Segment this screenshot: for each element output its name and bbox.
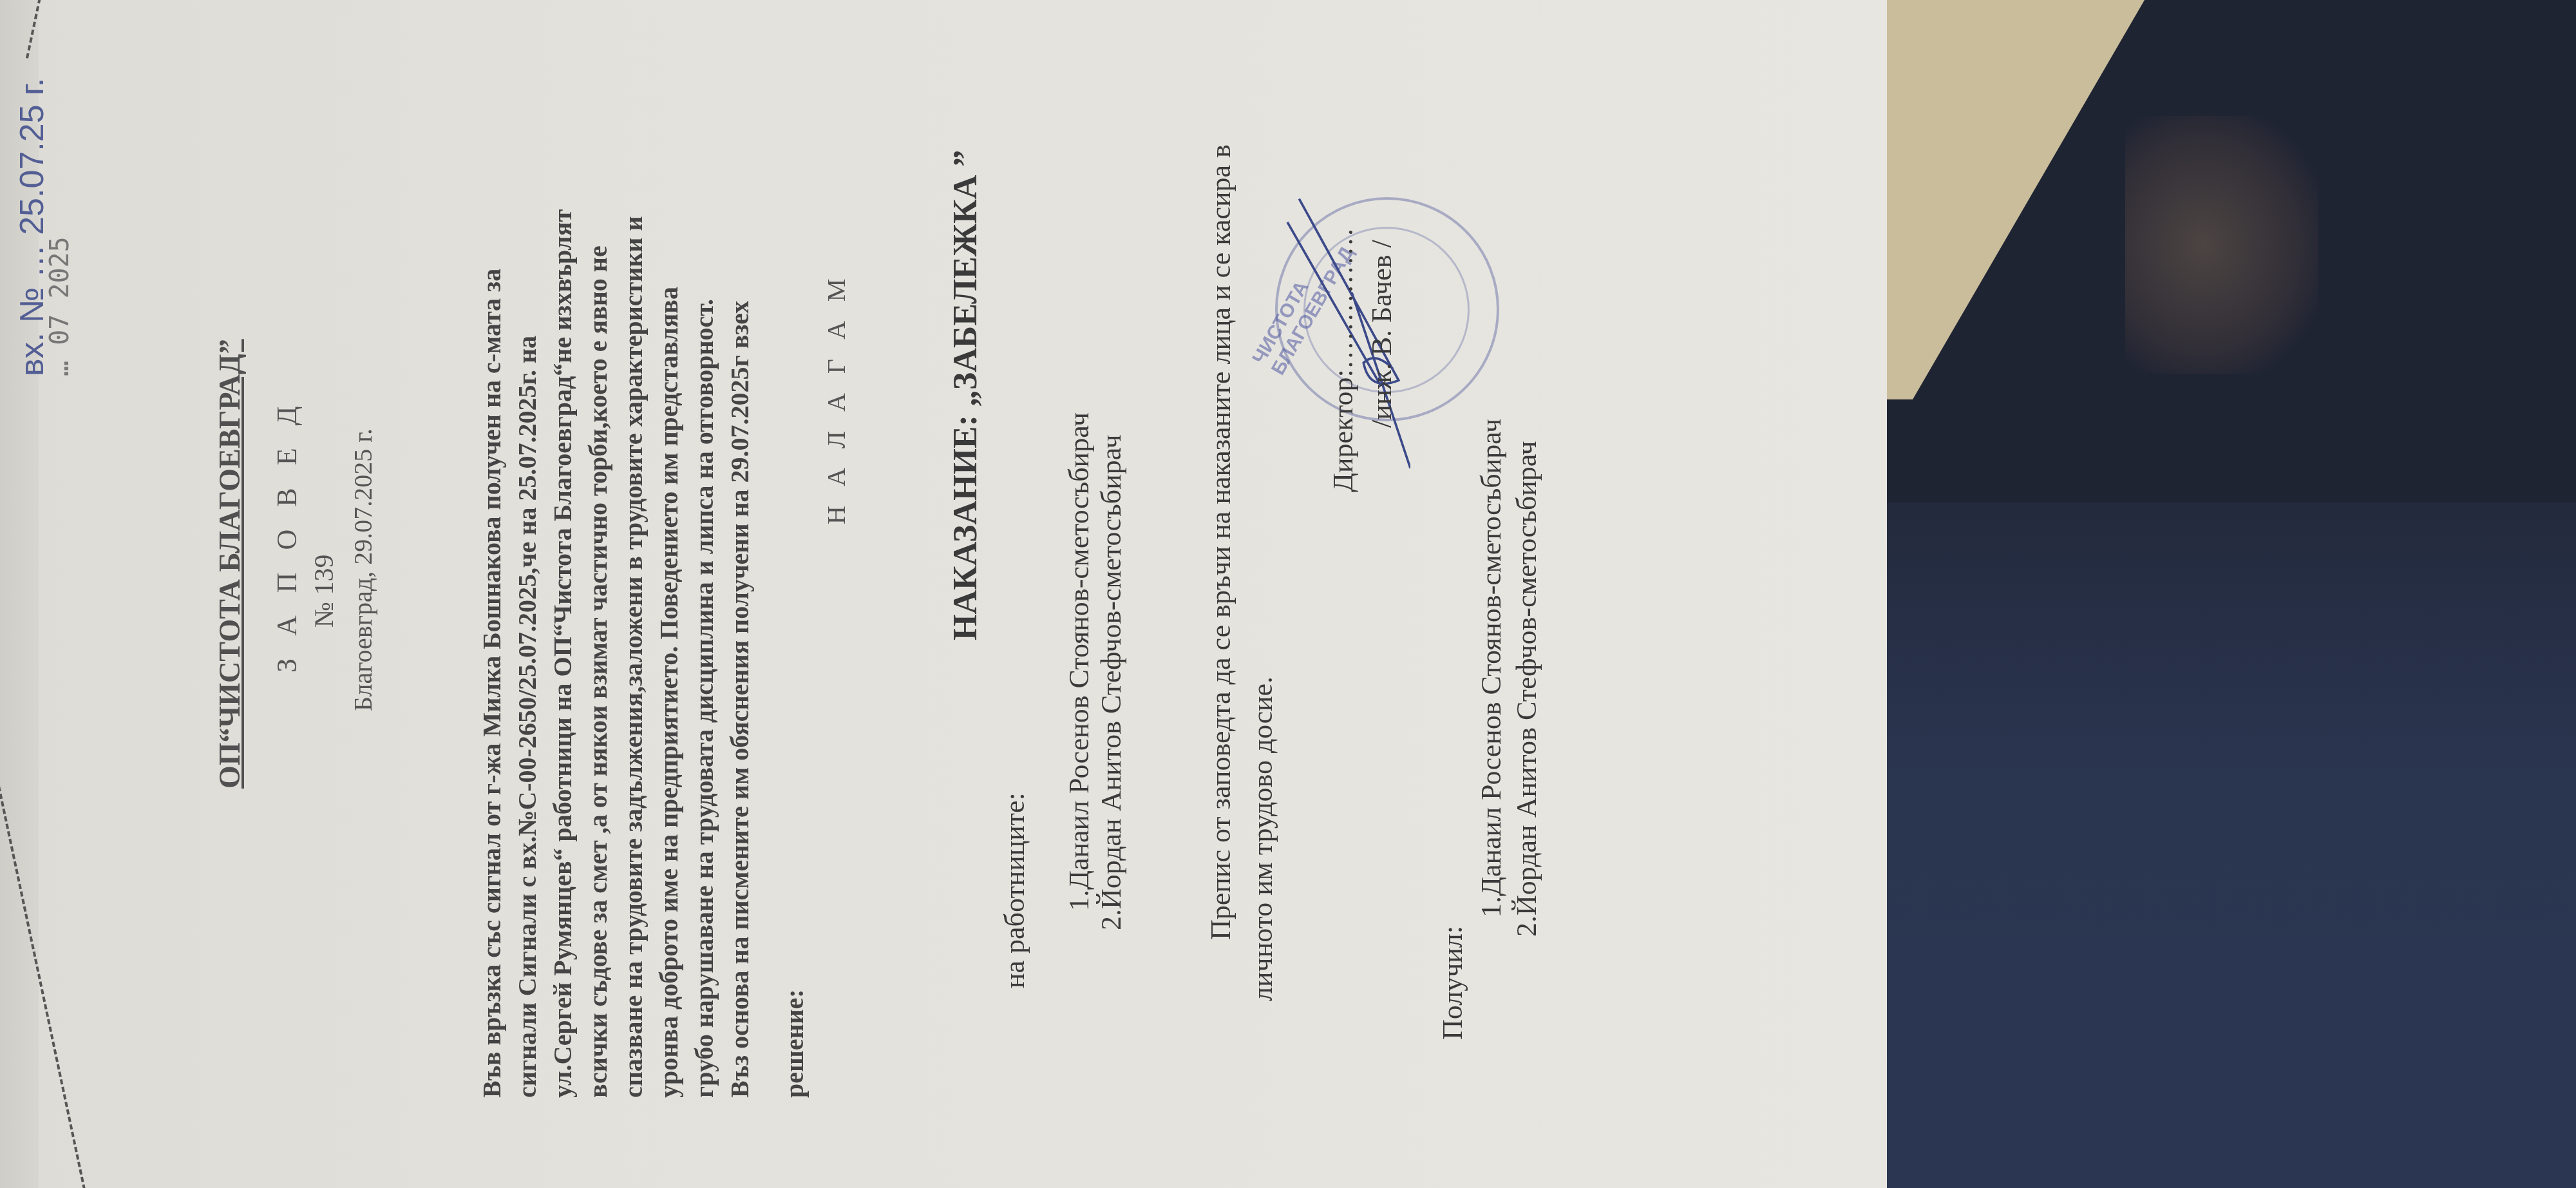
director-label: Директор:……………: [1327, 227, 1359, 492]
copy-instruction-line: Препис от заповедта да се връчи на наказ…: [1204, 144, 1237, 940]
penalty-heading: НАКАЗАНИЕ: „ЗАБЕЛЕЖКА ”: [947, 150, 985, 640]
body-line: Във връзка със сигнал от г-жа Милка Бошн…: [477, 269, 507, 1098]
handwritten-registration-note: вх. № … 25.07.25 г.: [13, 78, 52, 376]
body-line: грубо нарушаване на трудовата дисциплина…: [689, 299, 719, 1098]
copy-instruction-line: личното им трудово досие.: [1246, 676, 1279, 1001]
received-label: Получил:: [1436, 926, 1469, 1040]
recipient-item: 1.Данаил Росенов Стоянов-сметосъбирач: [1475, 419, 1508, 917]
body-line: сигнали Сигнали с вх.№С-00-2650/25.07.20…: [512, 336, 542, 1098]
body-line: ул.Сергей Румянцев“ работници на ОП“Чист…: [547, 209, 578, 1098]
worker-item: 1.Данаил Росенов Стоянов-сметосъбирач: [1063, 412, 1095, 911]
body-line: решение:: [779, 989, 810, 1098]
impose-heading: Н А Л А Г А М: [821, 273, 851, 524]
order-title: З А П О В Е Д: [270, 398, 303, 673]
director-name: /инж. В. Бачев /: [1365, 240, 1398, 428]
organization-name: ОП“ЧИСТОТА БЛАГОЕВГРАД”: [213, 339, 247, 789]
workers-label: на работниците:: [998, 792, 1031, 988]
body-line: уронва доброто име на предприятието. Пов…: [654, 287, 684, 1098]
body-line: Въз основа на писмените им обяснения пол…: [724, 301, 755, 1098]
body-line: спазване на трудовите задължения,заложен…: [618, 216, 649, 1098]
order-place-date: Благоевград, 29.07.2025 г.: [348, 428, 378, 711]
document-body: ОП“ЧИСТОТА БЛАГОЕВГРАД” З А П О В Е Д № …: [0, 0, 1868, 1188]
background-reflection: [2125, 116, 2318, 374]
background-fabric: [1887, 503, 2576, 1188]
body-line: всички съдове за смет ,а от някои взимат…: [583, 245, 613, 1098]
order-number: № 139: [309, 554, 340, 628]
recipient-item: 2.Йордан Анитов Стефчов-сметосъбирач: [1510, 441, 1543, 937]
worker-item: 2.Йордан Анитов Стефчов-сметосъбирач: [1095, 434, 1128, 930]
